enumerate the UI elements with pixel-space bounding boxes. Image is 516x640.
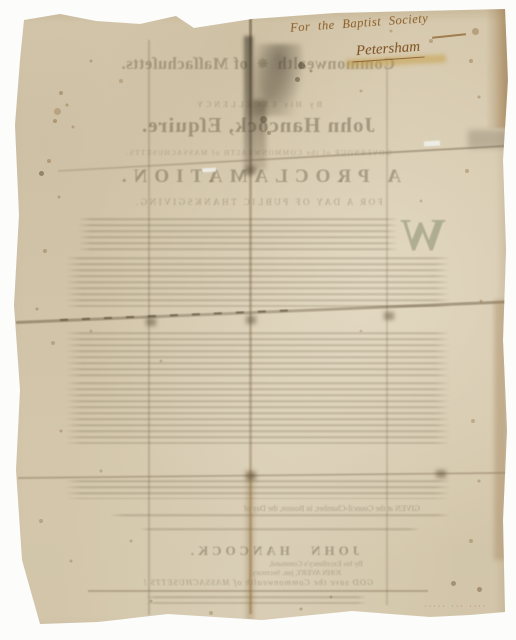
- illegible-text-block: [66, 332, 450, 378]
- foxing-specks-dark: [0, 0, 3, 3]
- crease-knot: [384, 312, 394, 320]
- given-line: GIVEN at the Council-Chamber, in Boston,…: [244, 504, 420, 513]
- fold-crease-vertical-left: [148, 40, 150, 615]
- crease-knot: [436, 470, 446, 478]
- command-line: By his Excellency's Command,: [76, 559, 516, 568]
- illegible-text-block: [78, 218, 398, 254]
- illegible-text-block: [66, 382, 450, 444]
- illegible-text-block: [66, 480, 450, 499]
- fold-stain-bottom: [246, 470, 254, 620]
- whereas-drop-cap: W: [400, 208, 446, 261]
- god-save-line: GOD save the Commonwealth of MASSACHUSET…: [0, 577, 516, 587]
- illegible-text-block: [140, 528, 420, 532]
- accession-mark: ····· ··· ····: [424, 604, 487, 610]
- illegible-text-block: [66, 257, 450, 307]
- photo-background: Commonwealth ❋ of Maſſachuſetts. By His …: [0, 0, 516, 640]
- crease-knot: [246, 472, 256, 480]
- foxing-specks-light: [0, 0, 2, 2]
- illegible-text-block: [110, 514, 450, 518]
- stain-right-edge-top: [486, 8, 508, 128]
- hancock-signature-line: JOHN HANCOCK.: [30, 543, 516, 559]
- stain-right-edge-lower: [494, 300, 506, 560]
- secretary-line: JOHN AVERY, jun. Secretary.: [56, 568, 516, 577]
- printed-rule: [88, 590, 428, 592]
- paper-highlight-fleck: [202, 168, 216, 173]
- fold-crease-vertical-right: [386, 60, 388, 605]
- broadside-verso: Commonwealth ❋ of Maſſachuſetts. By His …: [0, 0, 516, 640]
- commonwealth-right-text: of Maſſachuſetts.: [121, 54, 248, 74]
- colophon-block: [146, 596, 366, 604]
- crease-knot: [246, 316, 256, 324]
- crease-knot: [146, 318, 156, 326]
- stain-top-center-smear: [252, 100, 266, 170]
- paper-highlight-fleck: [424, 141, 440, 147]
- thanksgiving-subtitle-line: FOR A DAY OF PUBLIC THANKSGIVING.: [0, 197, 516, 207]
- stain-right-edge-middle: [468, 130, 510, 148]
